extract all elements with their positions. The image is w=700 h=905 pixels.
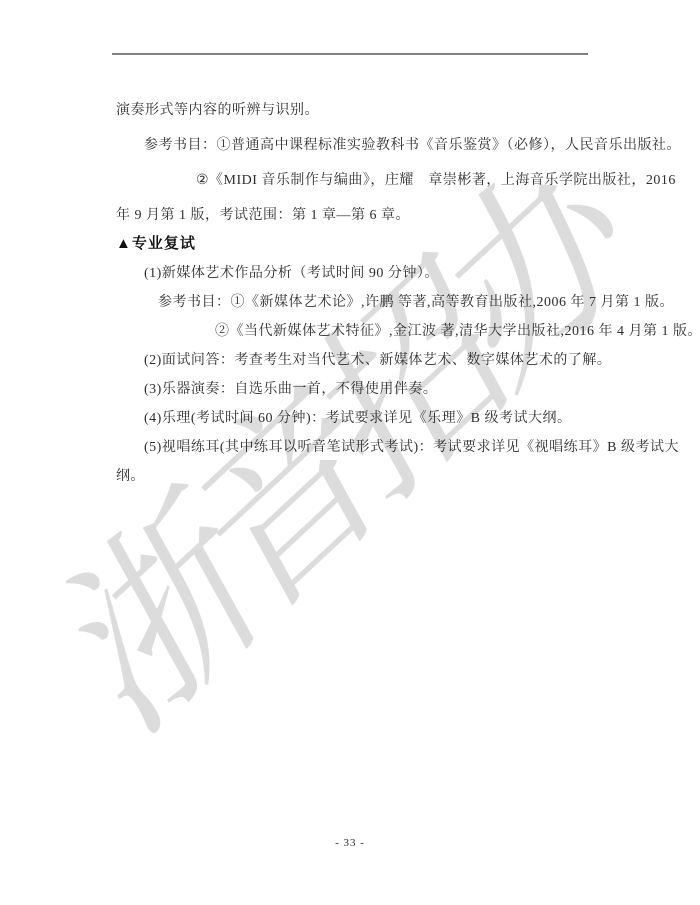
body-line: 演奏形式等内容的听辨与识别。 [116,96,670,125]
body-line: 年 9 月第 1 版，考试范围：第 1 章—第 6 章。 [116,201,670,230]
document-page: 浙音招办 演奏形式等内容的听辨与识别。 参考书目：①普通高中课程标准实验教科书《… [0,0,700,905]
body-line: ②《MIDI 音乐制作与编曲》，庄耀 章崇彬著，上海音乐学院出版社，2016 [196,166,670,195]
page-number: - 33 - [0,837,700,849]
body-line: 参考书目：①《新媒体艺术论》,许鹏 等著,高等教育出版社,2006 年 7 月第… [158,288,670,317]
body-line: (4)乐理(考试时间 60 分钟)：考试要求详见《乐理》B 级考试大纲。 [144,404,670,433]
body-line: ②《当代新媒体艺术特征》,金江波 著,清华大学出版社,2016 年 4 月第 1… [215,317,670,346]
body-line: 参考书目：①普通高中课程标准实验教科书《音乐鉴赏》（必修），人民音乐出版社。 [144,131,670,160]
section-heading: ▲专业复试 [116,230,670,259]
body-line: (1)新媒体艺术作品分析（考试时间 90 分钟）。 [144,259,670,288]
body-line: (2)面试问答：考查考生对当代艺术、新媒体艺术、数字媒体艺术的了解。 [144,346,670,375]
header-rule [112,53,588,55]
body-line: 纲。 [116,462,670,491]
body-line: (5)视唱练耳(其中练耳以听音笔试形式考试)：考试要求详见《视唱练耳》B 级考试… [144,433,670,462]
body-line: (3)乐器演奏：自选乐曲一首，不得使用伴奏。 [144,375,670,404]
page-body: 演奏形式等内容的听辨与识别。 参考书目：①普通高中课程标准实验教科书《音乐鉴赏》… [116,96,670,491]
